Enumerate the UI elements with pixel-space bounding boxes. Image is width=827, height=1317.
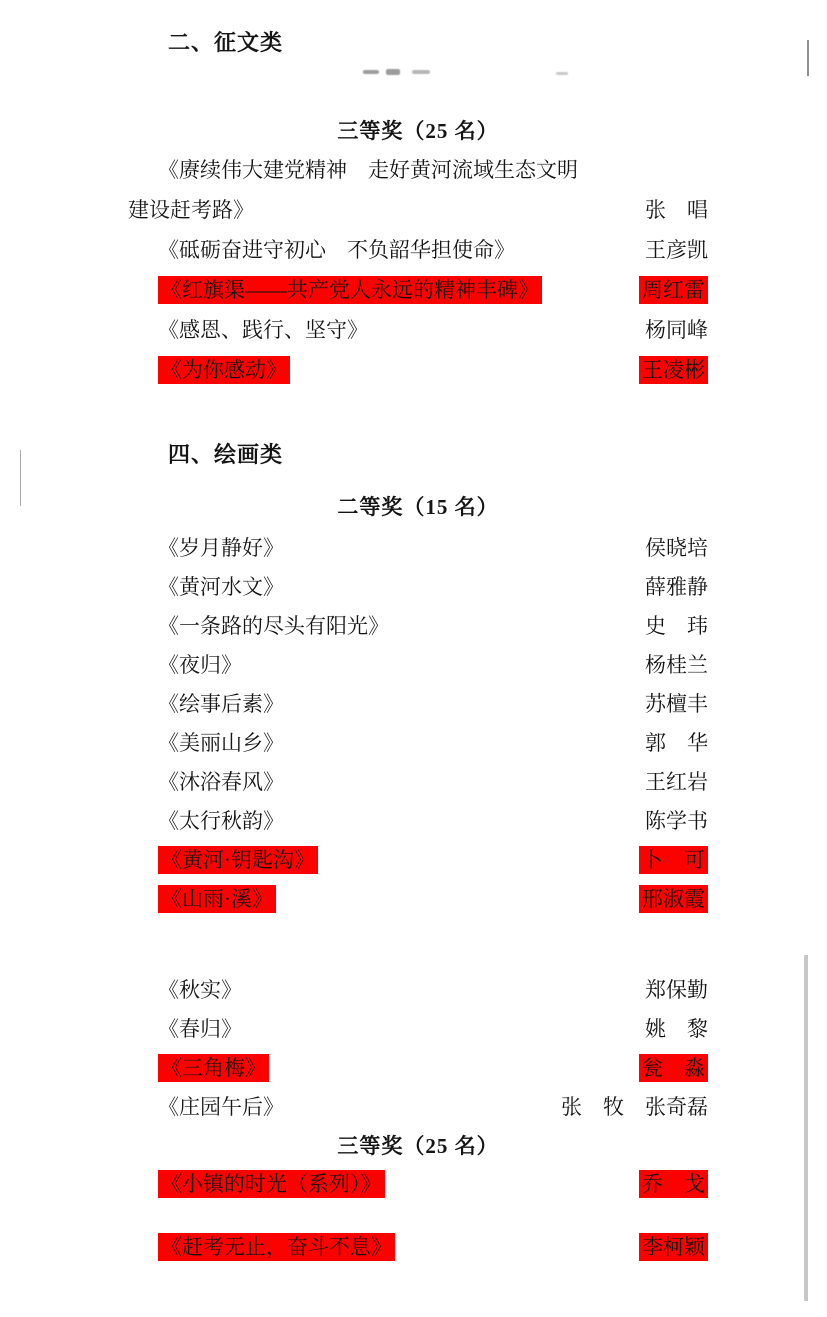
entry-title: 《三角梅》 (158, 1054, 269, 1082)
entry-title: 《赶考无止，奋斗不息》 (158, 1233, 395, 1261)
entry-name: 张 唱 (645, 197, 708, 224)
award-entry-row: 《黄河·钥匙沟》 卜 可 (128, 847, 708, 874)
award-entry-row: 《小镇的时光（系列）》 乔 戈 (128, 1171, 708, 1198)
award-heading-essay-third: 三等奖（25 名） (128, 118, 708, 145)
entry-title: 《美丽山乡》 (158, 731, 284, 755)
award-entry-row: 《黄河水文》 薛雅静 (128, 574, 708, 601)
entry-name: 周红雷 (639, 276, 708, 304)
entry-title: 《砥砺奋进守初心 不负韶华担使命》 (158, 238, 515, 262)
scan-line-right-long (804, 955, 808, 1301)
entry-title: 《为你感动》 (158, 356, 290, 384)
entry-title-line2: 建设赶考路》 (128, 197, 254, 224)
painting-second-entries: 《岁月静好》 侯晓培 《黄河水文》 薛雅静 《一条路的尽头有阳光》 史 玮 《夜… (128, 535, 708, 1121)
award-entry-row: 《春归》 姚 黎 (128, 1016, 708, 1043)
entry-name: 张 牧 张奇磊 (561, 1095, 708, 1119)
entry-name: 李柯颖 (639, 1233, 708, 1261)
entry-name: 薛雅静 (645, 575, 708, 599)
entry-name: 杨同峰 (645, 318, 708, 342)
award-entry-row: 《赶考无止，奋斗不息》 李柯颖 (128, 1234, 708, 1261)
award-entry-row: 《夜归》 杨桂兰 (128, 652, 708, 679)
document-content: 二、征文类 三等奖（25 名） 《赓续伟大建党精神 走好黄河流域生态文明 建设赶… (128, 0, 708, 1273)
entry-title: 《岁月静好》 (158, 536, 284, 560)
entry-name: 苏檀丰 (645, 692, 708, 716)
entry-name: 王凌彬 (639, 356, 708, 384)
award-entry-row: 《山雨·溪》 邢淑霞 (128, 886, 708, 913)
entry-name: 邢淑霞 (639, 885, 708, 913)
entry-title: 《黄河水文》 (158, 575, 284, 599)
entry-title: 《沐浴春风》 (158, 770, 284, 794)
award-entry-row: 《红旗渠——共产党人永远的精神丰碑》 周红雷 (128, 277, 708, 304)
award-entry-row: 《秋实》 郑保勤 (128, 977, 708, 1004)
entry-name: 瓮 淼 (639, 1054, 708, 1082)
award-entry-row: 《感恩、践行、坚守》 杨同峰 (128, 317, 708, 344)
entry-name: 侯晓培 (645, 536, 708, 560)
entry-title: 《太行秋韵》 (158, 809, 284, 833)
award-heading-painting-second: 二等奖（15 名） (128, 494, 708, 521)
scan-line-right-top (807, 40, 809, 76)
entry-title: 《春归》 (158, 1017, 242, 1041)
entry-title: 《红旗渠——共产党人永远的精神丰碑》 (158, 276, 542, 304)
entry-title: 《庄园午后》 (158, 1095, 284, 1119)
entry-name: 杨桂兰 (645, 653, 708, 677)
entry-title: 《小镇的时光（系列）》 (158, 1170, 385, 1198)
section-heading-essay: 二、征文类 (168, 0, 708, 56)
entry-title: 《山雨·溪》 (158, 885, 276, 913)
entry-name: 郑保勤 (645, 978, 708, 1002)
essay-entries: 《赓续伟大建党精神 走好黄河流域生态文明 建设赶考路》 张 唱 《砥砺奋进守初心… (128, 157, 708, 384)
entry-name: 郭 华 (645, 731, 708, 755)
document-page: 二、征文类 三等奖（25 名） 《赓续伟大建党精神 走好黄河流域生态文明 建设赶… (0, 0, 827, 1317)
painting-third-entries: 《小镇的时光（系列）》 乔 戈 《赶考无止，奋斗不息》 李柯颖 (128, 1171, 708, 1261)
entry-title: 《绘事后素》 (158, 692, 284, 716)
award-entry-row: 《沐浴春风》 王红岩 (128, 769, 708, 796)
entry-title: 《黄河·钥匙沟》 (158, 846, 318, 874)
scan-line-left (20, 450, 21, 506)
section-heading-painting: 四、绘画类 (168, 442, 708, 468)
entry-name: 史 玮 (645, 614, 708, 638)
award-entry-row: 《三角梅》 瓮 淼 (128, 1055, 708, 1082)
entry-name: 姚 黎 (645, 1017, 708, 1041)
award-entry-row: 《岁月静好》 侯晓培 (128, 535, 708, 562)
award-entry-row: 《绘事后素》 苏檀丰 (128, 691, 708, 718)
award-entry-row: 《太行秋韵》 陈学书 (128, 808, 708, 835)
entry-title: 《一条路的尽头有阳光》 (158, 614, 389, 638)
entry-name: 乔 戈 (639, 1170, 708, 1198)
entry-name: 卜 可 (639, 846, 708, 874)
entry-title: 《感恩、践行、坚守》 (158, 318, 368, 342)
award-entry-row: 《赓续伟大建党精神 走好黄河流域生态文明 建设赶考路》 张 唱 (128, 157, 708, 224)
entry-title-line1: 《赓续伟大建党精神 走好黄河流域生态文明 (128, 157, 708, 184)
page-break-gap (128, 925, 708, 977)
award-entry-row: 《砥砺奋进守初心 不负韶华担使命》 王彦凯 (128, 237, 708, 264)
entry-title: 《夜归》 (158, 653, 242, 677)
award-entry-row: 《一条路的尽头有阳光》 史 玮 (128, 613, 708, 640)
entry-name: 王红岩 (645, 770, 708, 794)
award-entry-row: 《为你感动》 王凌彬 (128, 357, 708, 384)
award-entry-row: 《庄园午后》 张 牧 张奇磊 (128, 1094, 708, 1121)
entry-name: 王彦凯 (645, 238, 708, 262)
entry-title: 《秋实》 (158, 978, 242, 1002)
award-heading-painting-third: 三等奖（25 名） (128, 1133, 708, 1160)
entry-name: 陈学书 (645, 809, 708, 833)
award-entry-row: 《美丽山乡》 郭 华 (128, 730, 708, 757)
